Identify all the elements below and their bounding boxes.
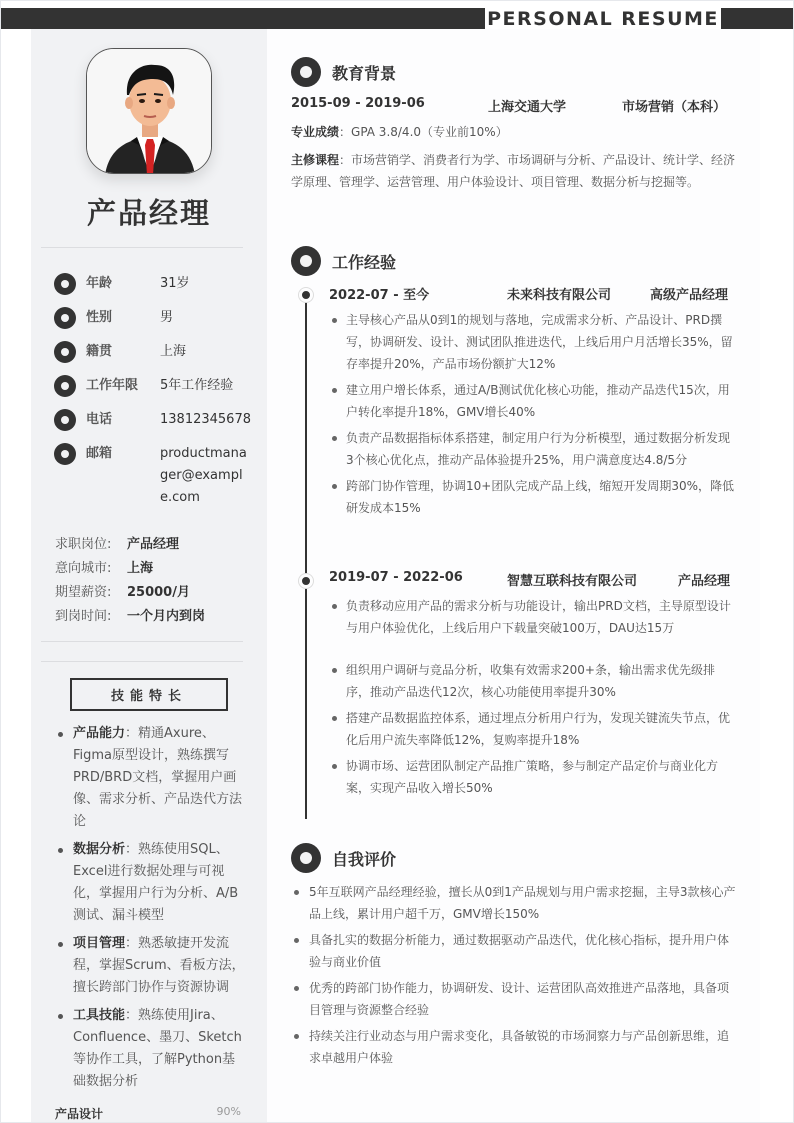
education-school: 上海交通大学 bbox=[488, 96, 566, 115]
job-bullet: 跨部门协作管理，协调10+团队完成产品上线，缩短开发周期30%，降低研发成本15… bbox=[329, 475, 734, 519]
info-row-gender: 性别 男 bbox=[54, 307, 254, 329]
job-bullet: 建立用户增长体系，通过A/B测试优化核心功能，推动产品迭代15次，用户转化率提升… bbox=[329, 379, 734, 423]
info-row-age: 年龄 31岁 bbox=[54, 273, 254, 295]
courses-value: ：市场营销学、消费者行为学、市场调研与分析、产品设计、统计学、经济学原理、管理学… bbox=[291, 153, 735, 189]
skills-list: 产品能力：精通Axure、Figma原型设计，熟练撰写PRD/BRD文档，掌握用… bbox=[55, 723, 247, 1099]
skill-bar-label: 产品设计 bbox=[55, 1105, 103, 1122]
section-label: 工作经验 bbox=[332, 250, 396, 273]
ring-icon bbox=[54, 443, 76, 465]
info-label: 籍贯 bbox=[86, 341, 160, 363]
timeline-dot-icon bbox=[299, 574, 313, 588]
section-ring-icon bbox=[291, 246, 321, 276]
self-eval-list: 5年互联网产品经理经验，擅长从0到1产品规划与用户需求挖掘，主导3款核心产品上线… bbox=[291, 881, 736, 1073]
sidebar: 产品经理 年龄 31岁 性别 男 籍贯 上海 工作年限 5年工作经验 电话 13… bbox=[31, 29, 267, 1123]
intent-value: 上海 bbox=[127, 557, 153, 581]
info-row-hometown: 籍贯 上海 bbox=[54, 341, 254, 363]
info-value: 5年工作经验 bbox=[160, 375, 254, 397]
email-link[interactable]: productmanager@example.com bbox=[160, 443, 254, 509]
job-period: 2019-07 - 2022-06 bbox=[329, 570, 463, 585]
courses-label: 主修课程 bbox=[291, 153, 339, 167]
section-education-heading: 教育背景 bbox=[291, 57, 396, 87]
job-bullet: 组织用户调研与竞品分析，收集有效需求200+条，输出需求优先级排序，推动产品迭代… bbox=[329, 659, 734, 703]
info-label: 电话 bbox=[86, 409, 160, 431]
skill-name: 产品能力 bbox=[73, 726, 125, 741]
job-company: 智慧互联科技有限公司 bbox=[507, 570, 637, 589]
job-position: 高级产品经理 bbox=[650, 284, 728, 303]
info-row-email: 邮箱 productmanager@example.com bbox=[54, 443, 254, 509]
timeline-line bbox=[305, 297, 307, 819]
divider bbox=[41, 641, 243, 642]
personal-info-list: 年龄 31岁 性别 男 籍贯 上海 工作年限 5年工作经验 电话 1381234… bbox=[54, 273, 254, 521]
skill-name: 数据分析 bbox=[73, 842, 125, 857]
intent-row: 期望薪资: 25000/月 bbox=[55, 581, 255, 605]
skill-bar-percent: 90% bbox=[217, 1105, 241, 1122]
intent-value: 一个月内到岗 bbox=[127, 605, 205, 629]
job-bullet: 负责移动应用产品的需求分析与功能设计，输出PRD文档，主导原型设计与用户体验优化… bbox=[329, 595, 734, 639]
skills-heading: 技能特长 bbox=[70, 678, 228, 711]
timeline-dot-icon bbox=[299, 288, 313, 302]
skill-name: 工具技能 bbox=[73, 1008, 125, 1023]
section-ring-icon bbox=[291, 843, 321, 873]
skill-item: 项目管理：熟悉敏捷开发流程，掌握Scrum、看板方法，擅长跨部门协作与资源协调 bbox=[55, 933, 247, 999]
section-work-heading: 工作经验 bbox=[291, 246, 396, 276]
job-intent-list: 求职岗位: 产品经理 意向城市: 上海 期望薪资: 25000/月 到岗时间: … bbox=[55, 533, 255, 629]
section-label: 教育背景 bbox=[332, 61, 396, 84]
ring-icon bbox=[54, 375, 76, 397]
job-position: 产品经理 bbox=[678, 570, 730, 589]
page-title: PERSONAL RESUME bbox=[487, 8, 719, 30]
phone-value[interactable]: 13812345678 bbox=[160, 409, 254, 431]
section-ring-icon bbox=[291, 57, 321, 87]
avatar bbox=[86, 48, 212, 174]
intent-value: 25000/月 bbox=[127, 581, 190, 605]
job-company: 未来科技有限公司 bbox=[507, 284, 611, 303]
skill-item: 工具技能：熟练使用Jira、Confluence、墨刀、Sketch等协作工具，… bbox=[55, 1005, 247, 1093]
skill-desc: ：精通Axure、Figma原型设计，熟练撰写PRD/BRD文档，掌握用户画像、… bbox=[73, 726, 242, 829]
job-period: 2022-07 - 至今 bbox=[329, 284, 429, 303]
gpa-value: ：GPA 3.8/4.0（专业前10%） bbox=[339, 125, 508, 139]
education-major: 市场营销（本科） bbox=[622, 96, 726, 115]
main-content: 教育背景 2015-09 - 2019-06 上海交通大学 市场营销（本科） 专… bbox=[267, 29, 760, 1123]
job-title: 产品经理 bbox=[31, 191, 267, 232]
intent-label: 到岗时间: bbox=[55, 605, 127, 629]
self-eval-item: 5年互联网产品经理经验，擅长从0到1产品规划与用户需求挖掘，主导3款核心产品上线… bbox=[291, 881, 736, 925]
skill-bar-row: 产品设计 90% bbox=[55, 1105, 241, 1122]
job-header: 2019-07 - 2022-06 智慧互联科技有限公司 产品经理 bbox=[329, 570, 734, 592]
job-bullet: 主导核心产品从0到1的规划与落地，完成需求分析、产品设计、PRD撰写，协调研发、… bbox=[329, 309, 734, 375]
ring-icon bbox=[54, 409, 76, 431]
ring-icon bbox=[54, 273, 76, 295]
job-bullets: 负责移动应用产品的需求分析与功能设计，输出PRD文档，主导原型设计与用户体验优化… bbox=[329, 595, 734, 803]
info-label: 性别 bbox=[86, 307, 160, 329]
education-courses: 主修课程：市场营销学、消费者行为学、市场调研与分析、产品设计、统计学、经济学原理… bbox=[291, 149, 736, 193]
education-gpa: 专业成绩：GPA 3.8/4.0（专业前10%） bbox=[291, 121, 736, 143]
self-eval-item: 持续关注行业动态与用户需求变化，具备敏锐的市场洞察力与产品创新思维，追求卓越用户… bbox=[291, 1025, 736, 1069]
self-eval-item: 具备扎实的数据分析能力，通过数据驱动产品迭代，优化核心指标，提升用户体验与商业价… bbox=[291, 929, 736, 973]
self-eval-item: 优秀的跨部门协作能力，协调研发、设计、运营团队高效推进产品落地，具备项目管理与资… bbox=[291, 977, 736, 1021]
job-bullet: 搭建产品数据监控体系，通过埋点分析用户行为，发现关键流失节点，优化后用户流失率降… bbox=[329, 707, 734, 751]
intent-value: 产品经理 bbox=[127, 533, 179, 557]
ring-icon bbox=[54, 307, 76, 329]
skill-name: 项目管理 bbox=[73, 936, 125, 951]
gpa-label: 专业成绩 bbox=[291, 125, 339, 139]
ring-icon bbox=[54, 341, 76, 363]
intent-row: 求职岗位: 产品经理 bbox=[55, 533, 255, 557]
education-period: 2015-09 - 2019-06 bbox=[291, 96, 425, 111]
education-header: 2015-09 - 2019-06 上海交通大学 市场营销（本科） bbox=[291, 96, 731, 118]
section-label: 自我评价 bbox=[332, 847, 396, 870]
skill-item: 数据分析：熟练使用SQL、Excel进行数据处理与可视化，掌握用户行为分析、A/… bbox=[55, 839, 247, 927]
intent-label: 求职岗位: bbox=[55, 533, 127, 557]
divider bbox=[41, 661, 243, 662]
info-row-phone: 电话 13812345678 bbox=[54, 409, 254, 431]
section-self-eval-heading: 自我评价 bbox=[291, 843, 396, 873]
job-bullets: 主导核心产品从0到1的规划与落地，完成需求分析、产品设计、PRD撰写，协调研发、… bbox=[329, 309, 734, 523]
intent-row: 意向城市: 上海 bbox=[55, 557, 255, 581]
avatar-portrait-icon bbox=[87, 49, 212, 174]
info-value: 31岁 bbox=[160, 273, 254, 295]
job-header: 2022-07 - 至今 未来科技有限公司 高级产品经理 bbox=[329, 284, 734, 306]
intent-label: 期望薪资: bbox=[55, 581, 127, 605]
intent-row: 到岗时间: 一个月内到岗 bbox=[55, 605, 255, 629]
job-bullet: 协调市场、运营团队制定产品推广策略，参与制定产品定价与商业化方案，实现产品收入增… bbox=[329, 755, 734, 799]
info-label: 邮箱 bbox=[86, 443, 160, 465]
skill-item: 产品能力：精通Axure、Figma原型设计，熟练撰写PRD/BRD文档，掌握用… bbox=[55, 723, 247, 833]
info-label: 工作年限 bbox=[86, 375, 160, 397]
info-value: 上海 bbox=[160, 341, 254, 363]
job-bullet: 负责产品数据指标体系搭建，制定用户行为分析模型，通过数据分析发现3个核心优化点，… bbox=[329, 427, 734, 471]
divider bbox=[41, 247, 243, 248]
info-row-experience: 工作年限 5年工作经验 bbox=[54, 375, 254, 397]
info-value: 男 bbox=[160, 307, 254, 329]
intent-label: 意向城市: bbox=[55, 557, 127, 581]
info-label: 年龄 bbox=[86, 273, 160, 295]
